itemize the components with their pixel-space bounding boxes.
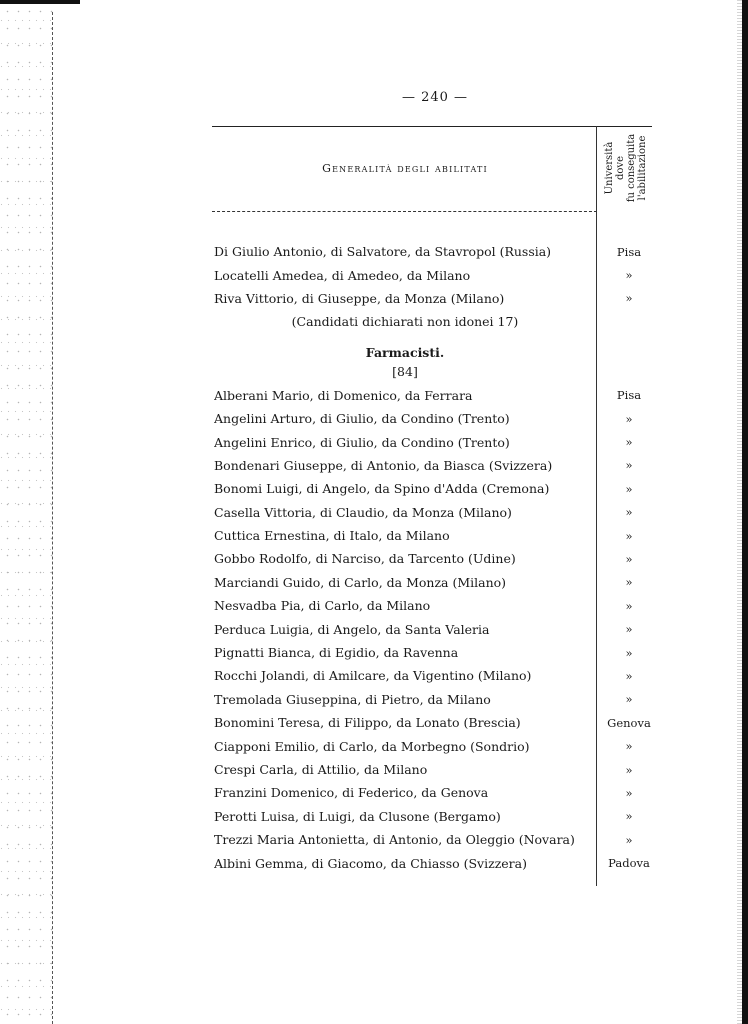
entry-name: Rocchi Jolandi, di Amilcare, da Vigentin… <box>214 668 596 683</box>
entry-university: » <box>596 739 662 753</box>
list-item: Trezzi Maria Antonietta, di Antonio, da … <box>214 828 664 851</box>
entry-university: » <box>596 692 662 706</box>
list-item: Cuttica Ernestina, di Italo, da Milano» <box>214 524 664 547</box>
list-item: Marciandi Guido, di Carlo, da Monza (Mil… <box>214 571 664 594</box>
list-item: Pignatti Bianca, di Egidio, da Ravenna» <box>214 641 664 664</box>
list-item: Bonomi Luigi, di Angelo, da Spino d'Adda… <box>214 477 664 500</box>
list-item: Casella Vittoria, di Claudio, da Monza (… <box>214 501 664 524</box>
list-item: Alberani Mario, di Domenico, da FerraraP… <box>214 384 664 407</box>
entry-name: Albini Gemma, di Giacomo, da Chiasso (Sv… <box>214 856 596 871</box>
entry-university: » <box>596 482 662 496</box>
entry-name: Franzini Domenico, di Federico, da Genov… <box>214 785 596 800</box>
entry-university: » <box>596 291 662 305</box>
entry-name: Locatelli Amedea, di Amedeo, da Milano <box>214 268 596 283</box>
header-line: dove <box>615 134 626 202</box>
table-top-rule <box>212 126 652 127</box>
entry-name: Riva Vittorio, di Giuseppe, da Monza (Mi… <box>214 291 596 306</box>
section-count: [84] <box>214 360 596 384</box>
entry-university: Pisa <box>596 245 662 259</box>
entry-university: » <box>596 412 662 426</box>
list-item: Bondenari Giuseppe, di Antonio, da Biasc… <box>214 454 664 477</box>
list-item: Rocchi Jolandi, di Amilcare, da Vigentin… <box>214 664 664 687</box>
entry-university: » <box>596 622 662 636</box>
list-item: Tremolada Giuseppina, di Pietro, da Mila… <box>214 688 664 711</box>
entry-name: Gobbo Rodolfo, di Narciso, da Tarcento (… <box>214 551 596 566</box>
header-line: l'abilitazione <box>637 134 648 202</box>
list-item: Angelini Arturo, di Giulio, da Condino (… <box>214 407 664 430</box>
table-header-rule <box>212 211 597 212</box>
entry-name: Ciapponi Emilio, di Carlo, da Morbegno (… <box>214 739 596 754</box>
entry-name: Bonomi Luigi, di Angelo, da Spino d'Adda… <box>214 481 596 496</box>
list-item: Nesvadba Pia, di Carlo, da Milano» <box>214 594 664 617</box>
entry-name: Casella Vittoria, di Claudio, da Monza (… <box>214 505 596 520</box>
entry-university: » <box>596 599 662 613</box>
entry-university: » <box>596 833 662 847</box>
entry-name: Tremolada Giuseppina, di Pietro, da Mila… <box>214 692 596 707</box>
entry-university: Pisa <box>596 388 662 402</box>
list-item: Riva Vittorio, di Giuseppe, da Monza (Mi… <box>214 287 664 310</box>
list-item: Perduca Luigia, di Angelo, da Santa Vale… <box>214 617 664 640</box>
entry-name: Pignatti Bianca, di Egidio, da Ravenna <box>214 645 596 660</box>
entry-name: Nesvadba Pia, di Carlo, da Milano <box>214 598 596 613</box>
entry-university: » <box>596 458 662 472</box>
list-item: Di Giulio Antonio, di Salvatore, da Stav… <box>214 240 664 263</box>
list-item: Albini Gemma, di Giacomo, da Chiasso (Sv… <box>214 851 664 874</box>
list-item: Angelini Enrico, di Giulio, da Condino (… <box>214 430 664 453</box>
entry-university: Padova <box>596 856 662 870</box>
list-item: Crespi Carla, di Attilio, da Milano» <box>214 758 664 781</box>
entry-name: Cuttica Ernestina, di Italo, da Milano <box>214 528 596 543</box>
entry-university: » <box>596 552 662 566</box>
entry-university: » <box>596 529 662 543</box>
entry-name: Perotti Luisa, di Luigi, da Clusone (Ber… <box>214 809 596 824</box>
entry-name: Di Giulio Antonio, di Salvatore, da Stav… <box>214 244 596 259</box>
list-item: Perotti Luisa, di Luigi, da Clusone (Ber… <box>214 805 664 828</box>
entry-name: Bondenari Giuseppe, di Antonio, da Biasc… <box>214 458 596 473</box>
entry-name: Angelini Arturo, di Giulio, da Condino (… <box>214 411 596 426</box>
entry-university: » <box>596 268 662 282</box>
entries-list: Di Giulio Antonio, di Salvatore, da Stav… <box>214 240 664 875</box>
list-item: Bonomini Teresa, di Filippo, da Lonato (… <box>214 711 664 734</box>
entry-university: » <box>596 809 662 823</box>
entry-university: » <box>596 435 662 449</box>
entry-name: Trezzi Maria Antonietta, di Antonio, da … <box>214 832 596 847</box>
group-1: Di Giulio Antonio, di Salvatore, da Stav… <box>214 240 664 310</box>
entry-university: » <box>596 786 662 800</box>
scan-margin-noise <box>0 0 55 1024</box>
entry-name: Perduca Luigia, di Angelo, da Santa Vale… <box>214 622 596 637</box>
group-1-note: (Candidati dichiarati non idonei 17) <box>214 310 664 333</box>
entry-name: Crespi Carla, di Attilio, da Milano <box>214 762 596 777</box>
header-line: Università <box>604 134 615 202</box>
entry-name: Bonomini Teresa, di Filippo, da Lonato (… <box>214 715 596 730</box>
entry-name: Angelini Enrico, di Giulio, da Condino (… <box>214 435 596 450</box>
page-number: — 240 — <box>390 90 480 105</box>
entry-name: Marciandi Guido, di Carlo, da Monza (Mil… <box>214 575 596 590</box>
entry-university: » <box>596 505 662 519</box>
entry-university: » <box>596 646 662 660</box>
header-line: fu conseguita <box>626 134 637 202</box>
list-item: Gobbo Rodolfo, di Narciso, da Tarcento (… <box>214 547 664 570</box>
list-item: Ciapponi Emilio, di Carlo, da Morbegno (… <box>214 734 664 757</box>
entry-university: Genova <box>596 716 662 730</box>
entry-university: » <box>596 763 662 777</box>
scan-edge-left <box>52 12 53 1024</box>
group-2: Alberani Mario, di Domenico, da FerraraP… <box>214 384 664 875</box>
section-title: Farmacisti. <box>214 334 596 360</box>
list-item: Franzini Domenico, di Federico, da Genov… <box>214 781 664 804</box>
note-text: (Candidati dichiarati non idonei 17) <box>214 314 596 329</box>
column-header-names: Generalità degli abilitati <box>220 162 590 175</box>
scan-edge-right <box>742 0 748 1024</box>
list-item: Locatelli Amedea, di Amedeo, da Milano» <box>214 263 664 286</box>
entry-name: Alberani Mario, di Domenico, da Ferrara <box>214 388 596 403</box>
entry-university: » <box>596 575 662 589</box>
column-header-university: Università dove fu conseguita l'abilitaz… <box>598 127 654 209</box>
entry-university: » <box>596 669 662 683</box>
